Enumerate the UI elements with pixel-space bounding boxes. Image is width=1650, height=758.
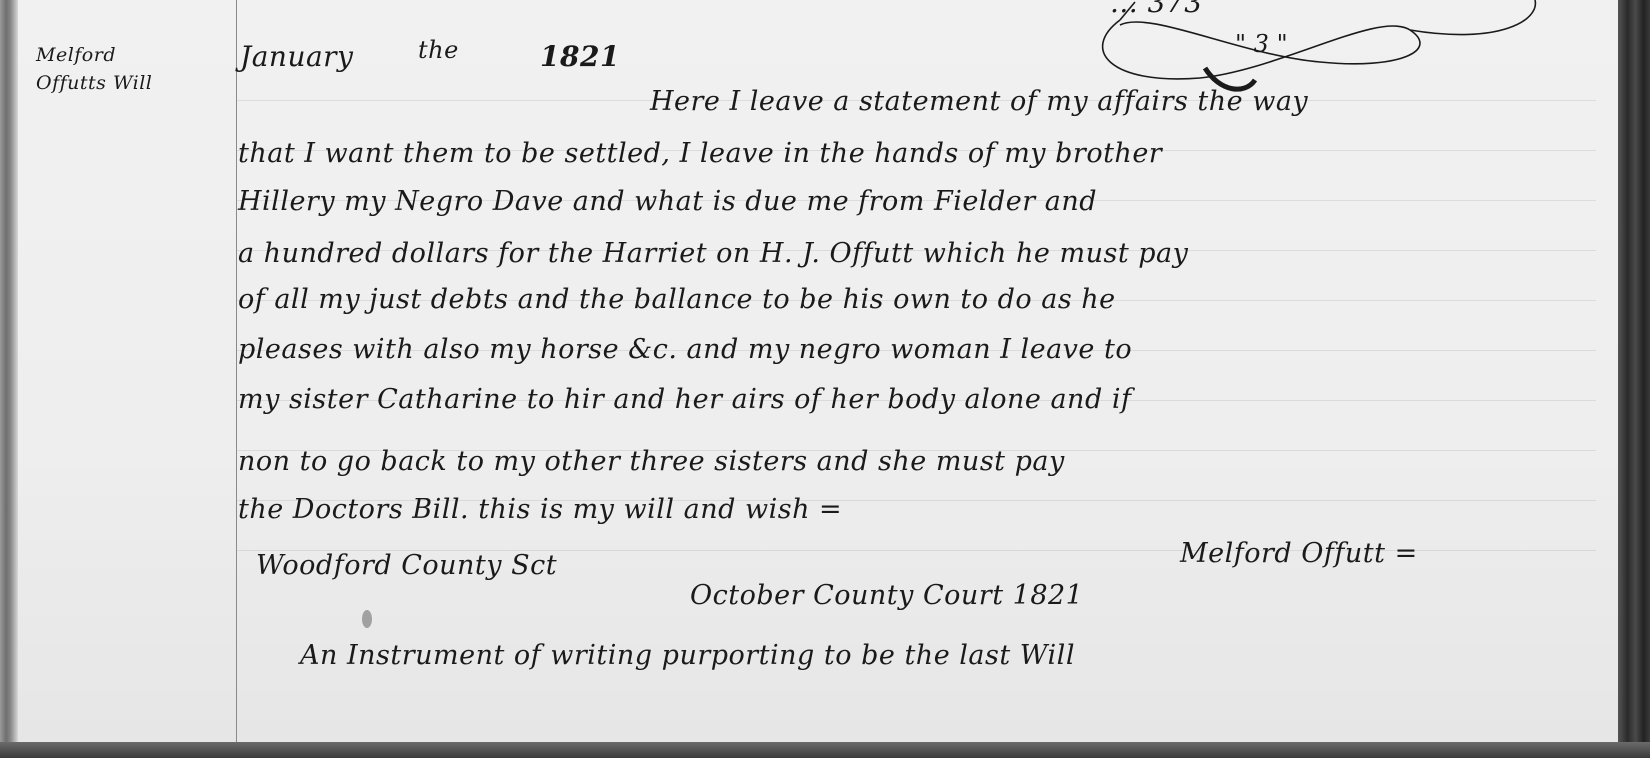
margin-note-line-1: Melford (36, 42, 116, 68)
body-line-3: Hillery my Negro Dave and what is due me… (238, 186, 1097, 217)
body-line-7: my sister Catharine to hir and her airs … (238, 384, 1131, 415)
decorative-flourish-icon: " 3 " (1080, 0, 1540, 100)
ink-smudge (362, 610, 372, 628)
body-line-6: pleases with also my horse &c. and my ne… (238, 334, 1132, 365)
book-edge-right (1618, 0, 1650, 758)
body-line-9: the Doctors Bill. this is my will and wi… (238, 494, 842, 525)
signature: Melford Offutt = (1180, 538, 1418, 569)
body-line-8: non to go back to my other three sisters… (238, 446, 1065, 477)
svg-text:" 3 ": " 3 " (1235, 30, 1288, 58)
date-day: the (418, 36, 459, 64)
margin-note-line-2: Offutts Will (36, 70, 152, 96)
ledger-page: ... 373 " 3 " Melford Offutts Will Janua… (0, 0, 1618, 742)
court-line: October County Court 1821 (690, 580, 1083, 611)
margin-rule (236, 0, 237, 742)
body-line-4: a hundred dollars for the Harriet on H. … (238, 238, 1188, 269)
body-line-5: of all my just debts and the ballance to… (238, 284, 1116, 315)
page-binding-left (0, 0, 18, 742)
date-month: January (240, 40, 353, 73)
body-line-2: that I want them to be settled, I leave … (238, 138, 1162, 169)
body-line-1: Here I leave a statement of my affairs t… (650, 86, 1308, 117)
closing-line: An Instrument of writing purporting to b… (300, 640, 1075, 671)
book-edge-bottom (0, 742, 1650, 758)
county-line: Woodford County Sct (256, 550, 557, 581)
date-year: 1821 (540, 40, 620, 73)
